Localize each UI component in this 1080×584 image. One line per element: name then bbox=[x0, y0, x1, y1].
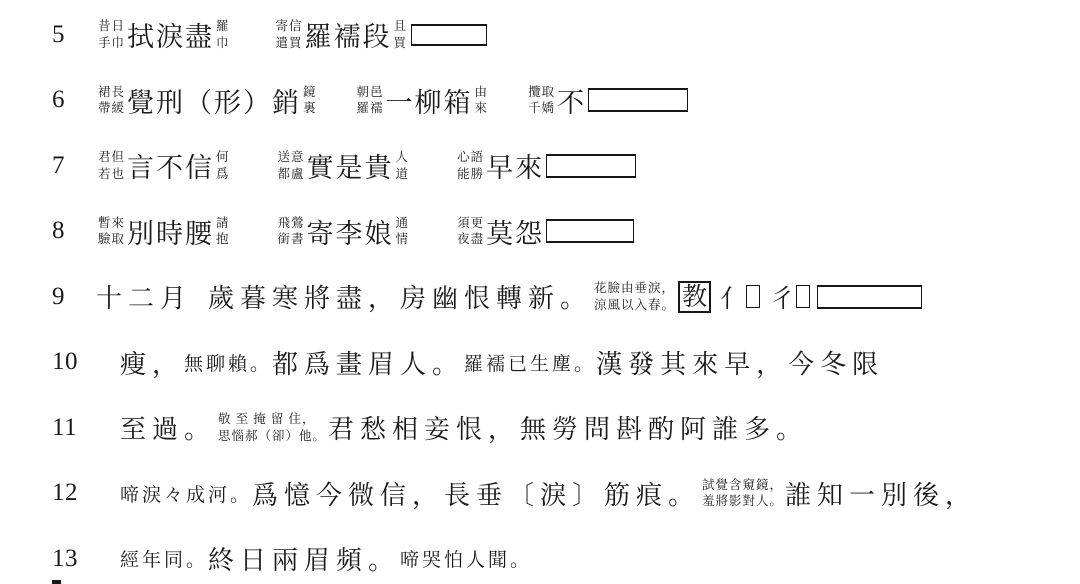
main-text: 都爲畫眉人。 bbox=[272, 344, 464, 381]
text-line: 6裙長帶緩覺刑（形）銷鏡裏朝邑羅襦一柳箱由來攬取千嬌不 bbox=[52, 68, 1080, 134]
gap bbox=[490, 100, 526, 101]
ruby-annotation: 羅巾 bbox=[216, 18, 230, 51]
ruby-annotation: 飛鶯銜書 bbox=[278, 215, 305, 248]
ruby-row: 若也 bbox=[98, 166, 125, 183]
main-text: 君愁相妾恨，無勞問斟酌阿誰多。 bbox=[328, 409, 808, 446]
ruby-annotation: 請抱 bbox=[216, 215, 230, 248]
ruby-annotation: 敬 至 掩 留 住，思惱郝（卻）他。 bbox=[218, 411, 326, 444]
ruby-row: 手巾 bbox=[98, 35, 125, 52]
ruby-annotation: 須更夜盡 bbox=[457, 215, 484, 248]
ruby-row: 情 bbox=[396, 231, 410, 248]
ruby-row: 送意 bbox=[278, 149, 305, 166]
ruby-row: 敬 至 掩 留 住， bbox=[218, 411, 326, 428]
line-content: 瘦，無聊賴。都爲畫眉人。羅襦已生塵。漢發其來早，今冬限 bbox=[120, 344, 884, 381]
main-text: 覺刑（形）銷 bbox=[127, 81, 301, 120]
ruby-annotation: 心語能勝 bbox=[457, 149, 484, 182]
line-content: 至過。敬 至 掩 留 住，思惱郝（卻）他。君愁相妾恨，無勞問斟酌阿誰多。 bbox=[120, 409, 808, 446]
main-text: 早來 bbox=[486, 146, 544, 185]
ruby-row: 何 bbox=[216, 149, 230, 166]
line-number: 13 bbox=[52, 545, 96, 573]
ruby-row: 道 bbox=[396, 166, 410, 183]
ruby-annotation: 試覺含窺鏡，羞將影對人。 bbox=[702, 477, 783, 510]
main-text: 不 bbox=[557, 81, 586, 120]
gap bbox=[232, 165, 276, 166]
line-number: 10 bbox=[52, 348, 96, 376]
text-line: 8暫來驗取別時腰請抱飛鶯銜書寄李娘通情須更夜盡莫怨 bbox=[52, 199, 1080, 265]
ruby-row: 能勝 bbox=[457, 166, 484, 183]
main-text: 爲憶今微信，長垂〔淚〕筋痕。 bbox=[252, 475, 700, 512]
ruby-annotation: 花臉由垂淚，涼風以入春。 bbox=[594, 280, 675, 313]
ruby-row: 驗取 bbox=[98, 231, 125, 248]
ruby-annotation: 裙長帶緩 bbox=[98, 84, 125, 117]
document-lines: 5昔日手巾拭淚盡羅巾寄信遣買羅襦段且買6裙長帶緩覺刑（形）銷鏡裏朝邑羅襦一柳箱由… bbox=[52, 2, 1080, 584]
ruby-row: 涼風以入春。 bbox=[594, 297, 675, 314]
line-content: 啼淚々成河。爲憶今微信，長垂〔淚〕筋痕。試覺含窺鏡，羞將影對人。誰知一別後， bbox=[120, 475, 977, 512]
lacuna-box bbox=[546, 219, 634, 243]
main-text: 拭淚盡 bbox=[127, 15, 214, 54]
ruby-row: 遣買 bbox=[276, 35, 303, 52]
ruby-row: 攬取 bbox=[528, 84, 555, 101]
ruby-annotation: 寄信遣買 bbox=[276, 18, 303, 51]
text-line: 13經年同。終日兩眉頻。啼哭怕人聞。 bbox=[52, 526, 1080, 584]
ruby-row: 夜盡 bbox=[457, 231, 484, 248]
line-number: 11 bbox=[52, 414, 96, 442]
ruby-row: 君但 bbox=[98, 149, 125, 166]
ruby-annotation: 送意都盧 bbox=[278, 149, 305, 182]
line-number: 9 bbox=[52, 283, 96, 311]
ruby-annotation: 人道 bbox=[396, 149, 410, 182]
text-line: 9十二月歲暮寒將盡，房幽恨轉新。花臉由垂淚，涼風以入春。教亻彳 bbox=[52, 264, 1080, 330]
main-text: 終日兩眉頻。 bbox=[208, 540, 400, 577]
lacuna-box bbox=[546, 154, 636, 178]
line-number: 7 bbox=[52, 152, 96, 180]
main-text: 歲暮寒將盡，房幽恨轉新。 bbox=[208, 278, 592, 315]
ruby-row: 裏 bbox=[303, 100, 317, 117]
ruby-row: 思惱郝（卻）他。 bbox=[218, 428, 326, 445]
variant-text: 無聊賴。 bbox=[184, 349, 272, 376]
ruby-row: 千嬌 bbox=[528, 100, 555, 117]
gap bbox=[232, 231, 276, 232]
ruby-row: 由 bbox=[475, 84, 489, 101]
ruby-row: 銜書 bbox=[278, 231, 305, 248]
ruby-row: 心語 bbox=[457, 149, 484, 166]
gap bbox=[232, 34, 274, 35]
variant-text: 啼淚々成河。 bbox=[120, 480, 252, 507]
ruby-row: 花臉由垂淚， bbox=[594, 280, 675, 297]
ruby-annotation: 暫來驗取 bbox=[98, 215, 125, 248]
ruby-row: 巾 bbox=[216, 35, 230, 52]
line-content: 十二月歲暮寒將盡，房幽恨轉新。花臉由垂淚，涼風以入春。教亻彳 bbox=[96, 278, 922, 315]
ruby-annotation: 何爲 bbox=[216, 149, 230, 182]
fragment-lacuna-box bbox=[746, 285, 760, 308]
main-text: 寄李娘 bbox=[307, 212, 394, 251]
ruby-annotation: 通情 bbox=[396, 215, 410, 248]
ruby-row: 人 bbox=[396, 149, 410, 166]
ruby-row: 羅 bbox=[216, 18, 230, 35]
gap bbox=[319, 100, 355, 101]
gap bbox=[411, 165, 455, 166]
lacuna-box bbox=[588, 88, 688, 112]
line-number: 5 bbox=[52, 21, 96, 49]
ruby-annotation: 由來 bbox=[475, 84, 489, 117]
main-text: 莫怨 bbox=[486, 212, 544, 251]
variant-text: 羅襦已生塵。 bbox=[464, 349, 596, 376]
document-page: 5昔日手巾拭淚盡羅巾寄信遣買羅襦段且買6裙長帶緩覺刑（形）銷鏡裏朝邑羅襦一柳箱由… bbox=[0, 0, 1080, 584]
ruby-row: 抱 bbox=[216, 231, 230, 248]
ruby-row: 來 bbox=[475, 100, 489, 117]
ruby-row: 請 bbox=[216, 215, 230, 232]
ruby-annotation: 且買 bbox=[394, 18, 408, 51]
ruby-row: 朝邑 bbox=[357, 84, 384, 101]
text-line: 7君但若也言不信何爲送意都盧實是貴人道心語能勝早來 bbox=[52, 133, 1080, 199]
gap bbox=[192, 296, 208, 297]
main-text: 實是貴 bbox=[307, 146, 394, 185]
line-number: 12 bbox=[52, 479, 96, 507]
ruby-row: 羞將影對人。 bbox=[702, 493, 783, 510]
main-text: 至過。 bbox=[120, 409, 216, 446]
ruby-annotation: 君但若也 bbox=[98, 149, 125, 182]
text-line: 12啼淚々成河。爲憶今微信，長垂〔淚〕筋痕。試覺含窺鏡，羞將影對人。誰知一別後， bbox=[52, 461, 1080, 527]
ruby-row: 通 bbox=[396, 215, 410, 232]
ruby-row: 羅襦 bbox=[357, 100, 384, 117]
variant-text: 啼哭怕人聞。 bbox=[400, 545, 532, 572]
radical-text: 彳 bbox=[770, 279, 795, 315]
main-text: 誰知一別後， bbox=[785, 475, 977, 512]
line-number: 8 bbox=[52, 217, 96, 245]
gap bbox=[411, 231, 455, 232]
line-content: 裙長帶緩覺刑（形）銷鏡裏朝邑羅襦一柳箱由來攬取千嬌不 bbox=[96, 81, 688, 120]
ruby-row: 暫來 bbox=[98, 215, 125, 232]
main-text: 別時腰 bbox=[127, 212, 214, 251]
ruby-row: 都盧 bbox=[278, 166, 305, 183]
main-text: 言不信 bbox=[127, 146, 214, 185]
ruby-annotation: 攬取千嬌 bbox=[528, 84, 555, 117]
ruby-annotation: 朝邑羅襦 bbox=[357, 84, 384, 117]
ruby-row: 須更 bbox=[457, 215, 484, 232]
ruby-row: 爲 bbox=[216, 166, 230, 183]
main-text: 漢發其來早，今冬限 bbox=[596, 344, 884, 381]
ruby-annotation: 鏡裏 bbox=[303, 84, 317, 117]
variant-text: 經年同。 bbox=[120, 545, 208, 572]
radical-fragment: 亻 bbox=[720, 279, 760, 315]
ruby-row: 昔日 bbox=[98, 18, 125, 35]
radical-fragment: 彳 bbox=[770, 279, 810, 315]
ruby-row: 飛鶯 bbox=[278, 215, 305, 232]
ruby-row: 寄信 bbox=[276, 18, 303, 35]
ruby-row: 鏡 bbox=[303, 84, 317, 101]
text-line: 11至過。敬 至 掩 留 住，思惱郝（卻）他。君愁相妾恨，無勞問斟酌阿誰多。 bbox=[52, 395, 1080, 461]
ruby-row: 裙長 bbox=[98, 84, 125, 101]
ruby-row: 帶緩 bbox=[98, 100, 125, 117]
main-text: 羅襦段 bbox=[305, 15, 392, 54]
line-content: 昔日手巾拭淚盡羅巾寄信遣買羅襦段且買 bbox=[96, 15, 487, 54]
main-text: 十二月 bbox=[96, 278, 192, 315]
line-content: 經年同。終日兩眉頻。啼哭怕人聞。 bbox=[120, 540, 532, 577]
partial-next-line-glyph bbox=[52, 580, 61, 584]
boxed-character: 教 bbox=[678, 281, 711, 314]
text-line: 5昔日手巾拭淚盡羅巾寄信遣買羅襦段且買 bbox=[52, 2, 1080, 68]
ruby-row: 且 bbox=[394, 18, 408, 35]
line-number: 6 bbox=[52, 86, 96, 114]
line-content: 暫來驗取別時腰請抱飛鶯銜書寄李娘通情須更夜盡莫怨 bbox=[96, 212, 634, 251]
text-line: 10瘦，無聊賴。都爲畫眉人。羅襦已生塵。漢發其來早，今冬限 bbox=[52, 330, 1080, 396]
lacuna-box bbox=[411, 24, 487, 46]
fragment-lacuna-box bbox=[796, 285, 810, 308]
main-text: 瘦， bbox=[120, 344, 184, 381]
ruby-row: 試覺含窺鏡， bbox=[702, 477, 783, 494]
radical-text: 亻 bbox=[720, 279, 745, 315]
main-text: 一柳箱 bbox=[386, 81, 473, 120]
ruby-row: 買 bbox=[394, 35, 408, 52]
ruby-annotation: 昔日手巾 bbox=[98, 18, 125, 51]
lacuna-box bbox=[817, 285, 922, 309]
line-content: 君但若也言不信何爲送意都盧實是貴人道心語能勝早來 bbox=[96, 146, 636, 185]
